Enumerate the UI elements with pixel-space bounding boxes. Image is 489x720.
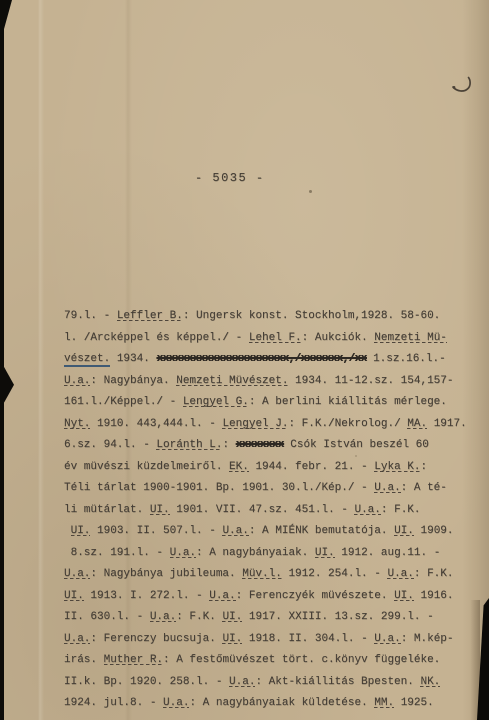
underlined-text: UI. <box>394 525 414 537</box>
text-segment: 1934. <box>110 353 156 365</box>
text-segment: : A berlini kiállitás mérlege. <box>249 396 447 408</box>
text-segment <box>64 525 71 537</box>
text-line: U.a.: Nagybánya. Nemzeti Müvészet. 1934.… <box>64 371 476 393</box>
ink-blob-icon <box>0 364 14 404</box>
underlined-text: U.a. <box>64 375 90 387</box>
text-line: 1924. jul.8. - U.a.: A nagybányaiak küld… <box>64 693 476 715</box>
left-scan-edge <box>0 0 4 720</box>
page-number: - 5035 - <box>195 171 265 185</box>
ink-underlined-text: vészet. <box>64 353 110 367</box>
paper-speck <box>309 190 312 193</box>
text-segment: 1934. 11-12.sz. 154,157- <box>288 375 453 387</box>
text-line: U.a.: Nagybánya jubileuma. Müv.l. 1912. … <box>64 564 476 586</box>
text-segment: : M.kép- <box>401 633 454 645</box>
text-line: 8.sz. 191.l. - U.a.: A nagybányaiak. UI.… <box>64 543 476 565</box>
text-line: l. /Arcképpel és képpel./ - Lehel F.: Au… <box>64 328 476 350</box>
text-segment: : A té- <box>401 482 447 494</box>
underlined-text: U.a. <box>209 590 235 602</box>
underlined-text: Müv.l. <box>242 568 282 580</box>
text-line: UI. 1913. I. 272.l. - U.a.: Ferenczyék m… <box>64 586 476 608</box>
text-line: 79.l. - Leffler B.: Ungersk konst. Stock… <box>64 306 476 328</box>
top-left-scan-edge <box>0 0 12 34</box>
text-segment: : Ferenczy bucsuja. <box>90 633 222 645</box>
underlined-text: Lyka K. <box>374 461 420 473</box>
underlined-text: Lehel F. <box>249 332 302 344</box>
underlined-text: U.a. <box>150 611 176 623</box>
underlined-text: Lengyel J. <box>222 418 288 430</box>
text-segment: : Aukciók. <box>302 332 375 344</box>
text-line: 6.sz. 94.l. - Loránth L.: xxxxxxxx Csók … <box>64 435 476 457</box>
underlined-text: UI. <box>71 525 91 537</box>
text-line: U.a.: Ferenczy bucsuja. UI. 1918. II. 30… <box>64 629 476 651</box>
text-segment: irás. <box>64 654 104 666</box>
text-segment: 1916. <box>414 590 454 602</box>
text-line: irás. Muther R.: A festőmüvészet tört. c… <box>64 650 476 672</box>
text-segment: év müvészi küzdelmeiről. <box>64 461 229 473</box>
text-segment: 1909. <box>414 525 454 537</box>
text-segment: : F.K./Nekrolog./ <box>288 418 407 430</box>
underlined-text: U.a. <box>163 697 189 709</box>
text-segment: 8.sz. 191.l. - <box>64 547 170 559</box>
underlined-text: UI. <box>222 633 242 645</box>
text-segment: : Nagybánya jubileuma. <box>90 568 242 580</box>
text-segment: 1913. I. 272.l. - <box>84 590 209 602</box>
text-segment: : <box>222 439 235 451</box>
underlined-text: EK. <box>229 461 249 473</box>
underlined-text: U.a. <box>374 482 400 494</box>
underlined-text: U.a. <box>222 525 248 537</box>
underlined-text: Nemzeti Müvészet. <box>176 375 288 387</box>
underlined-text: Lengyel G. <box>183 396 249 408</box>
text-line: UI. 1903. II. 507.l. - U.a.: A MIÉNK bem… <box>64 521 476 543</box>
text-segment: 1944. febr. 21. - <box>249 461 374 473</box>
text-segment: : <box>420 461 427 473</box>
text-segment: li mütárlat. <box>64 504 150 516</box>
underlined-text: UI. <box>394 590 414 602</box>
underlined-text: Loránth L. <box>156 439 222 451</box>
underlined-text: U.a. <box>374 633 400 645</box>
text-segment: : F.K. <box>381 504 421 516</box>
pen-mark-icon <box>451 73 477 97</box>
text-segment: 1.sz.16.l.- <box>366 353 445 365</box>
text-segment: : Ungersk konst. Stockholm,1928. 58-60. <box>183 310 440 322</box>
typed-text-block: 79.l. - Leffler B.: Ungersk konst. Stock… <box>64 306 476 715</box>
underlined-text: Muther R. <box>104 654 163 666</box>
text-segment: Téli tárlat 1900-1901. Bp. 1901. 30.l./K… <box>64 482 374 494</box>
text-segment: 1924. jul.8. - <box>64 697 163 709</box>
text-line: 161.l./Képpel./ - Lengyel G.: A berlini … <box>64 392 476 414</box>
text-segment: II.k. Bp. 1920. 258.l. - <box>64 676 229 688</box>
text-segment: : Nagybánya. <box>90 375 176 387</box>
text-segment: : Akt-kiállitás Bpesten. <box>255 676 420 688</box>
underlined-text: U.a. <box>64 633 90 645</box>
text-line: li mütárlat. UI. 1901. VII. 47.sz. 451.l… <box>64 500 476 522</box>
text-segment: 161.l./Képpel./ - <box>64 396 183 408</box>
text-line: Nyt. 1910. 443,444.l. - Lengyel J.: F.K.… <box>64 414 476 436</box>
underlined-text: Leffler B. <box>117 310 183 322</box>
text-segment: 1910. 443,444.l. - <box>90 418 222 430</box>
underlined-text: MM. <box>374 697 394 709</box>
underlined-text: U.a. <box>64 568 90 580</box>
text-segment: : A festőmüvészet tört. c.könyv függelék… <box>163 654 440 666</box>
text-line: Téli tárlat 1900-1901. Bp. 1901. 30.l./K… <box>64 478 476 500</box>
text-line: II.k. Bp. 1920. 258.l. - U.a.: Akt-kiáll… <box>64 672 476 694</box>
underlined-text: U.a. <box>229 676 255 688</box>
underlined-text: NK. <box>420 676 440 688</box>
text-segment: Csók István beszél 60 <box>284 439 429 451</box>
text-segment: : F.K. <box>176 611 222 623</box>
text-line: év müvészi küzdelmeiről. EK. 1944. febr.… <box>64 457 476 479</box>
underlined-text: U.a. <box>354 504 380 516</box>
underlined-text: UI. <box>222 611 242 623</box>
text-segment: II. 630.l. - <box>64 611 150 623</box>
underlined-text: Nemzeti Mü- <box>374 332 447 344</box>
text-segment: l. /Arcképpel és képpel./ - <box>64 332 249 344</box>
crossed-out-text: xxxxxxxx <box>236 439 284 451</box>
text-segment: 1917. XXIII. 13.sz. 299.l. - <box>242 611 433 623</box>
scanned-paper-page: - 5035 - 79.l. - Leffler B.: Ungersk kon… <box>0 0 489 720</box>
underlined-text: U.a. <box>170 547 196 559</box>
text-segment: 1912. aug.11. - <box>335 547 441 559</box>
underlined-text: UI. <box>315 547 335 559</box>
text-line: vészet. 1934. xxxxxxxxxxxxxxxxxxxxxx,/xx… <box>64 349 476 371</box>
text-segment: 1917. <box>427 418 467 430</box>
text-segment: : A nagybányaiak küldetése. <box>189 697 374 709</box>
text-segment: : Ferenczyék müvészete. <box>236 590 394 602</box>
text-segment: : A MIÉNK bemutatója. <box>249 525 394 537</box>
text-segment: 79.l. - <box>64 310 117 322</box>
underlined-text: UI. <box>150 504 170 516</box>
text-segment: : F.K. <box>414 568 454 580</box>
text-segment: 1925. <box>394 697 434 709</box>
text-segment: 1901. VII. 47.sz. 451.l. - <box>170 504 355 516</box>
text-segment: : A nagybányaiak. <box>196 547 315 559</box>
crossed-out-text: xxxxxxxxxxxxxxxxxxxxxx,/xxxxxxx,/xx <box>156 353 366 365</box>
underlined-text: U.a. <box>387 568 413 580</box>
text-segment: 6.sz. 94.l. - <box>64 439 156 451</box>
underlined-text: UI. <box>64 590 84 602</box>
text-segment: 1918. II. 304.l. - <box>242 633 374 645</box>
text-line: II. 630.l. - U.a.: F.K. UI. 1917. XXIII.… <box>64 607 476 629</box>
text-segment: 1912. 254.l. - <box>282 568 388 580</box>
text-segment: 1903. II. 507.l. - <box>90 525 222 537</box>
underlined-text: Nyt. <box>64 418 90 430</box>
underlined-text: MA. <box>407 418 427 430</box>
